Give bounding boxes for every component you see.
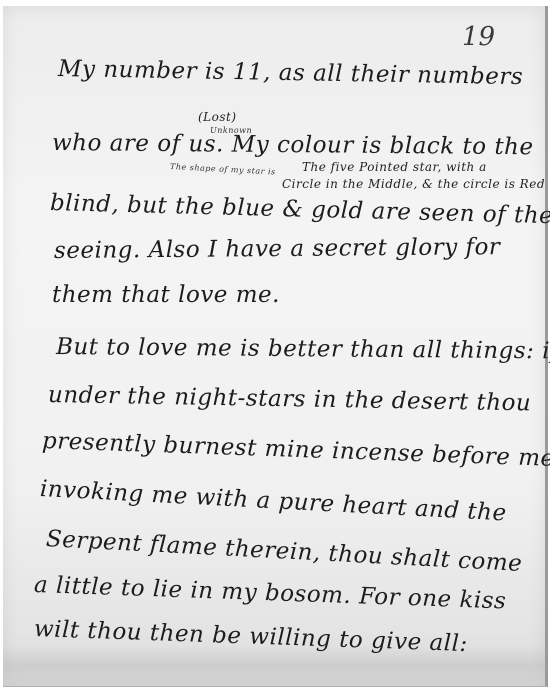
page-number: 19: [462, 22, 495, 52]
line-4: seeing. Also I have a secret glory for: [54, 234, 501, 264]
annotation-insert-1: The five Pointed star, with a: [302, 160, 487, 174]
line-5: them that love me.: [52, 282, 280, 308]
line-6: But to love me is better than all things…: [56, 334, 550, 364]
annotation-insert-2: Circle in the Middle, & the circle is Re…: [282, 177, 545, 191]
annotation-lost: (Lost): [198, 110, 237, 124]
line-2: who are of us. My colour is black to the: [52, 130, 534, 160]
